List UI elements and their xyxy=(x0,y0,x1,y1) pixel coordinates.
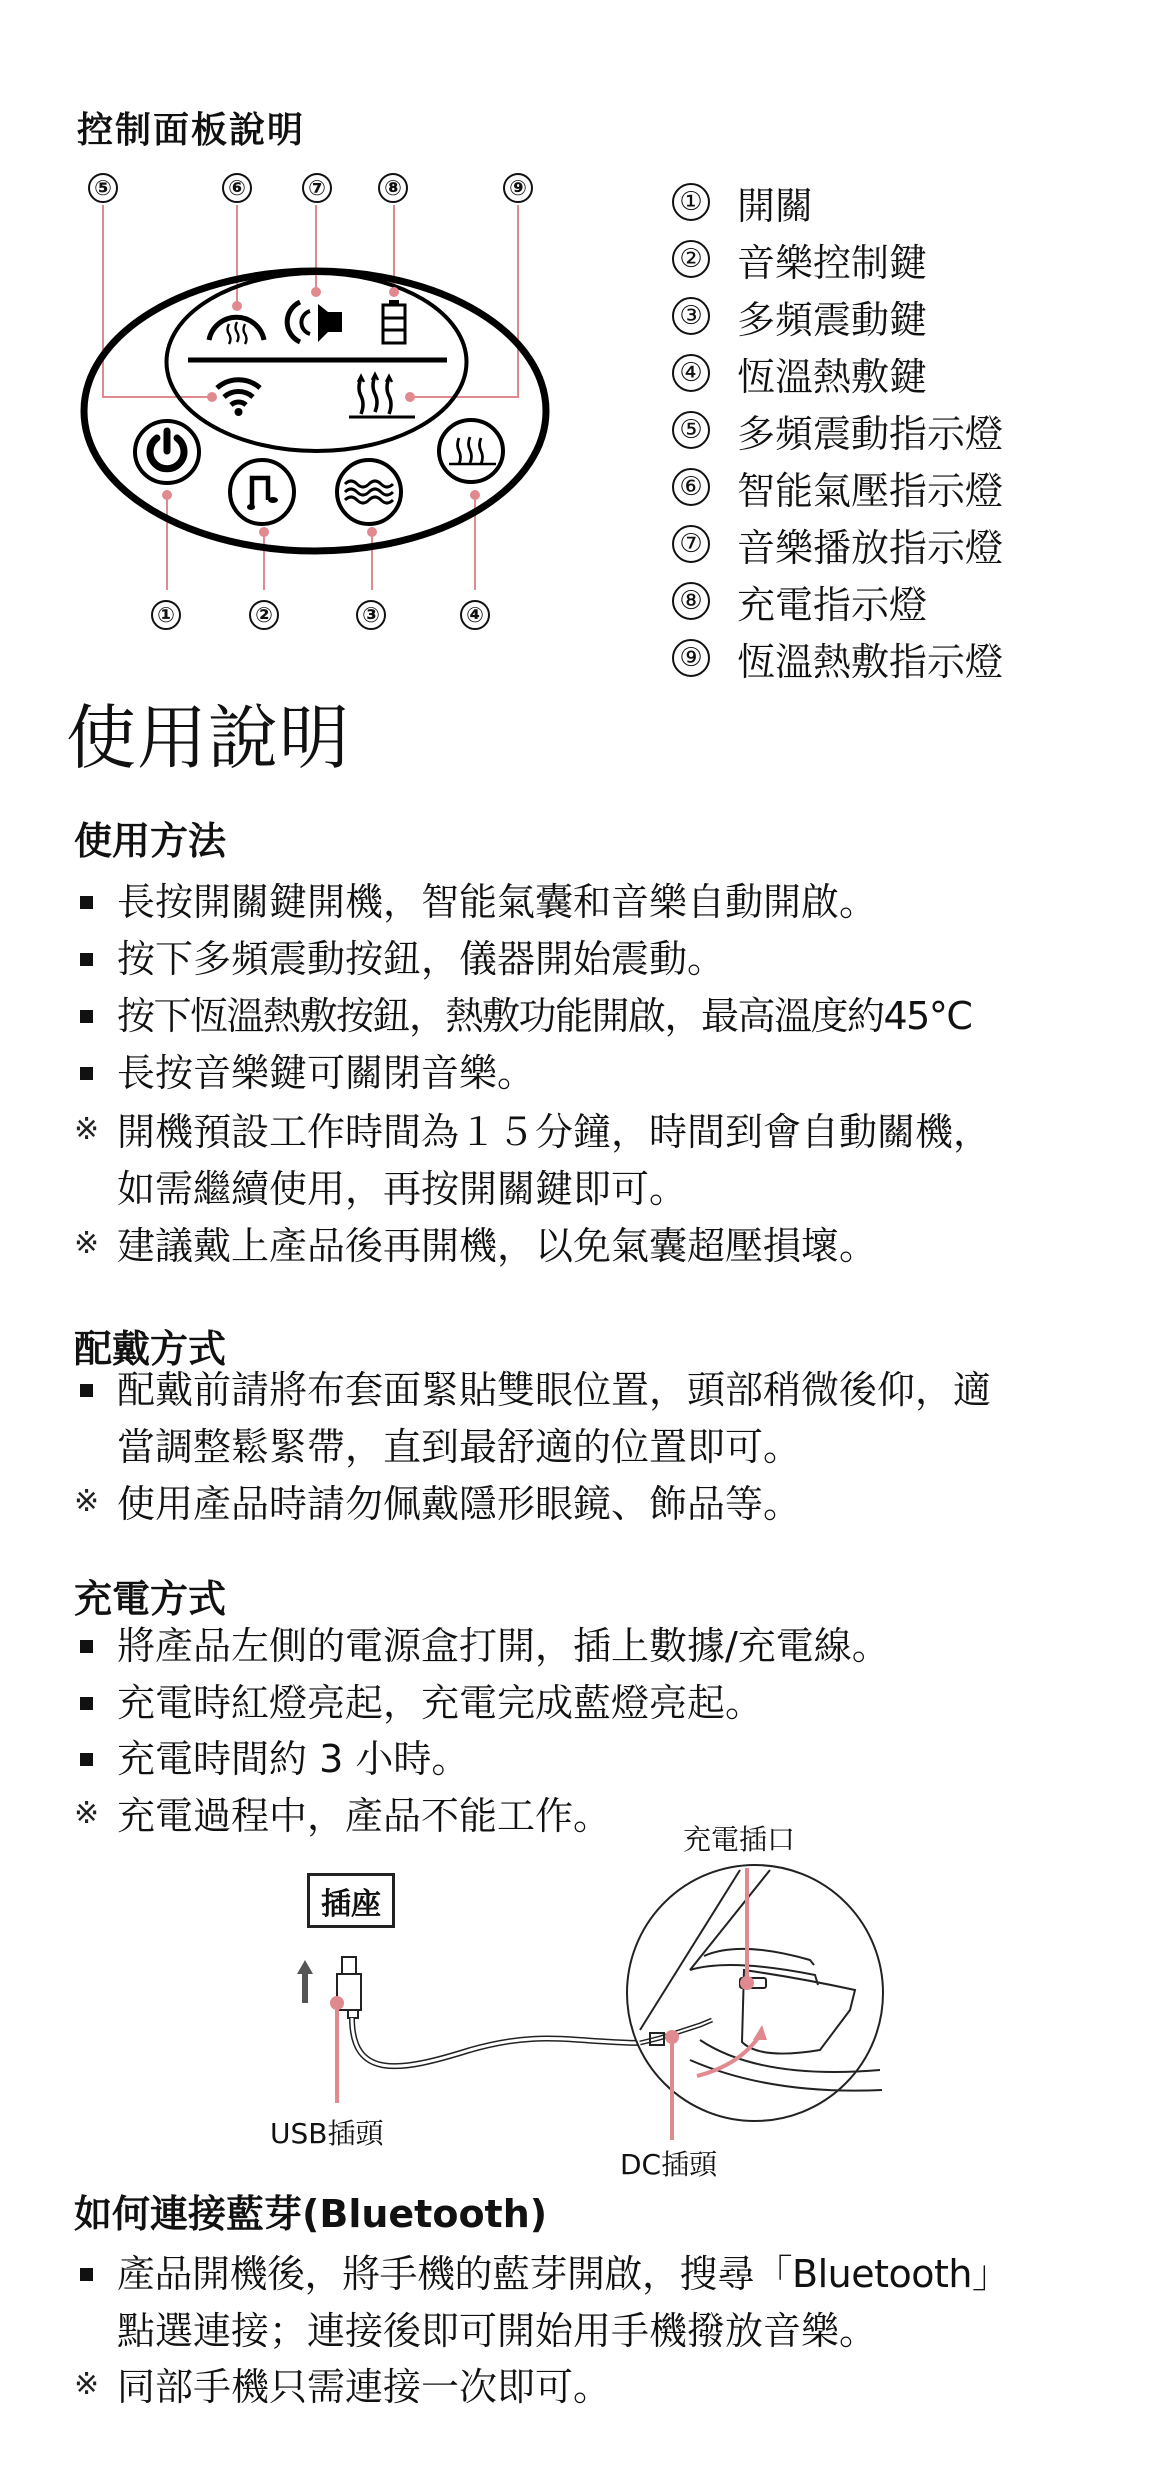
bluetooth-line-1-cont: 點選連接；連接後即可開始用手機撥放音樂。 xyxy=(117,2308,877,2354)
dc-plug-label: DC插頭 xyxy=(620,2143,717,2183)
bluetooth-line-1: 產品開機後，將手機的藍芽開啟，搜尋「Bluetooth」 xyxy=(117,2251,1009,2297)
heat-indicator-icon xyxy=(349,374,415,417)
bullet-marker xyxy=(80,1753,93,1766)
wearing-line-1-cont: 當調整鬆緊帶，直到最舒適的位置即可。 xyxy=(117,1424,801,1470)
legend-label: 開關 xyxy=(737,175,813,230)
usage-note-1: 開機預設工作時間為１５分鐘，時間到會自動關機， xyxy=(117,1109,991,1155)
note-marker: ※ xyxy=(74,1796,99,1831)
section-heading-wearing: 配戴方式 xyxy=(74,1318,226,1373)
control-panel-diagram xyxy=(0,0,660,700)
callout-2: ② xyxy=(249,600,279,630)
bullet-marker xyxy=(80,1010,93,1023)
legend-number: ⑤ xyxy=(672,411,710,449)
charging-line-3: 充電時間約 3 小時。 xyxy=(117,1736,469,1782)
callout-7: ⑦ xyxy=(302,173,332,203)
callout-3: ③ xyxy=(356,600,386,630)
usage-note-1-cont: 如需繼續使用，再按開關鍵即可。 xyxy=(117,1166,687,1212)
usage-line-1: 長按開關鍵開機，智能氣囊和音樂自動開啟。 xyxy=(117,879,877,925)
legend-number: ① xyxy=(672,183,710,221)
legend-item-music-key: ② 音樂控制鍵 xyxy=(672,234,927,284)
callout-1: ① xyxy=(151,600,181,630)
bluetooth-note-1: 同部手機只需連接一次即可。 xyxy=(117,2364,611,2410)
legend-item-vibration-key: ③ 多頻震動鍵 xyxy=(672,291,927,341)
heat-button-icon[interactable] xyxy=(439,420,503,482)
bullet-marker xyxy=(80,896,93,909)
legend-label: 多頻震動鍵 xyxy=(737,289,927,344)
legend-label: 音樂控制鍵 xyxy=(737,232,927,287)
legend-item-heat-indicator: ⑨ 恆溫熱敷指示燈 xyxy=(672,633,1003,683)
usb-plug-label: USB插頭 xyxy=(270,2112,383,2152)
air-pressure-indicator-icon xyxy=(209,317,264,344)
legend-label: 恆溫熱敷指示燈 xyxy=(737,631,1003,686)
wearing-line-1: 配戴前請將布套面緊貼雙眼位置，頭部稍微後仰，適 xyxy=(117,1367,991,1413)
legend-label: 恆溫熱敷鍵 xyxy=(737,346,927,401)
legend-number: ⑥ xyxy=(672,468,710,506)
charging-line-2: 充電時紅燈亮起，充電完成藍燈亮起。 xyxy=(117,1680,763,1726)
bullet-marker xyxy=(80,1697,93,1710)
bullet-marker xyxy=(80,1384,93,1397)
wearing-note-1: 使用產品時請勿佩戴隱形眼鏡、飾品等。 xyxy=(117,1481,801,1527)
speaker-indicator-icon xyxy=(287,302,342,342)
note-marker: ※ xyxy=(74,2367,99,2402)
usage-line-3: 按下恆溫熱敷按鈕，熱敷功能開啟，最高溫度約45°C xyxy=(117,993,971,1039)
up-arrow-icon xyxy=(297,1960,313,2003)
manual-title: 使用說明 xyxy=(66,682,350,783)
music-button-icon[interactable] xyxy=(230,460,294,524)
legend-label: 音樂播放指示燈 xyxy=(737,517,1003,572)
section-heading-charging: 充電方式 xyxy=(74,1568,226,1623)
outer-panel-outline xyxy=(84,271,546,551)
power-button-icon[interactable] xyxy=(135,421,199,483)
callout-8: ⑧ xyxy=(378,173,408,203)
legend-item-charging-indicator: ⑧ 充電指示燈 xyxy=(672,576,927,626)
legend-label: 智能氣壓指示燈 xyxy=(737,460,1003,515)
note-marker: ※ xyxy=(74,1484,99,1519)
usage-line-2: 按下多頻震動按鈕，儀器開始震動。 xyxy=(117,936,725,982)
battery-indicator-icon xyxy=(383,300,405,343)
legend-label: 多頻震動指示燈 xyxy=(737,403,1003,458)
charging-line-1: 將產品左側的電源盒打開，插上數據/充電線。 xyxy=(117,1623,890,1669)
legend-number: ⑦ xyxy=(672,525,710,563)
legend-item-heat-key: ④ 恆溫熱敷鍵 xyxy=(672,348,927,398)
charging-note-1: 充電過程中，產品不能工作。 xyxy=(117,1793,611,1839)
bullet-marker xyxy=(80,953,93,966)
legend-item-vibration-indicator: ⑤ 多頻震動指示燈 xyxy=(672,405,1003,455)
legend-item-air-pressure-indicator: ⑥ 智能氣壓指示燈 xyxy=(672,462,1003,512)
vibration-indicator-icon xyxy=(217,380,260,416)
vibration-button-icon[interactable] xyxy=(337,460,401,524)
section-heading-usage: 使用方法 xyxy=(74,810,226,865)
callout-6: ⑥ xyxy=(222,173,252,203)
legend-number: ⑧ xyxy=(672,582,710,620)
note-marker: ※ xyxy=(74,1226,99,1261)
callout-4: ④ xyxy=(460,600,490,630)
usage-note-2: 建議戴上產品後再開機，以免氣囊超壓損壞。 xyxy=(117,1223,877,1269)
note-marker: ※ xyxy=(74,1112,99,1147)
legend-label: 充電指示燈 xyxy=(737,574,927,629)
legend-number: ② xyxy=(672,240,710,278)
legend-item-power: ① 開關 xyxy=(672,177,813,227)
legend-number: ③ xyxy=(672,297,710,335)
section-heading-bluetooth: 如何連接藍芽(Bluetooth) xyxy=(74,2183,547,2238)
bullet-marker xyxy=(80,1067,93,1080)
usage-line-4: 長按音樂鍵可關閉音樂。 xyxy=(117,1050,535,1096)
legend-number: ⑨ xyxy=(672,639,710,677)
callout-5: ⑤ xyxy=(88,173,118,203)
callout-9: ⑨ xyxy=(503,173,533,203)
charging-diagram xyxy=(0,1850,1170,2210)
legend-item-music-indicator: ⑦ 音樂播放指示燈 xyxy=(672,519,1003,569)
legend-number: ④ xyxy=(672,354,710,392)
bullet-marker xyxy=(80,1640,93,1653)
bullet-marker xyxy=(80,2268,93,2281)
